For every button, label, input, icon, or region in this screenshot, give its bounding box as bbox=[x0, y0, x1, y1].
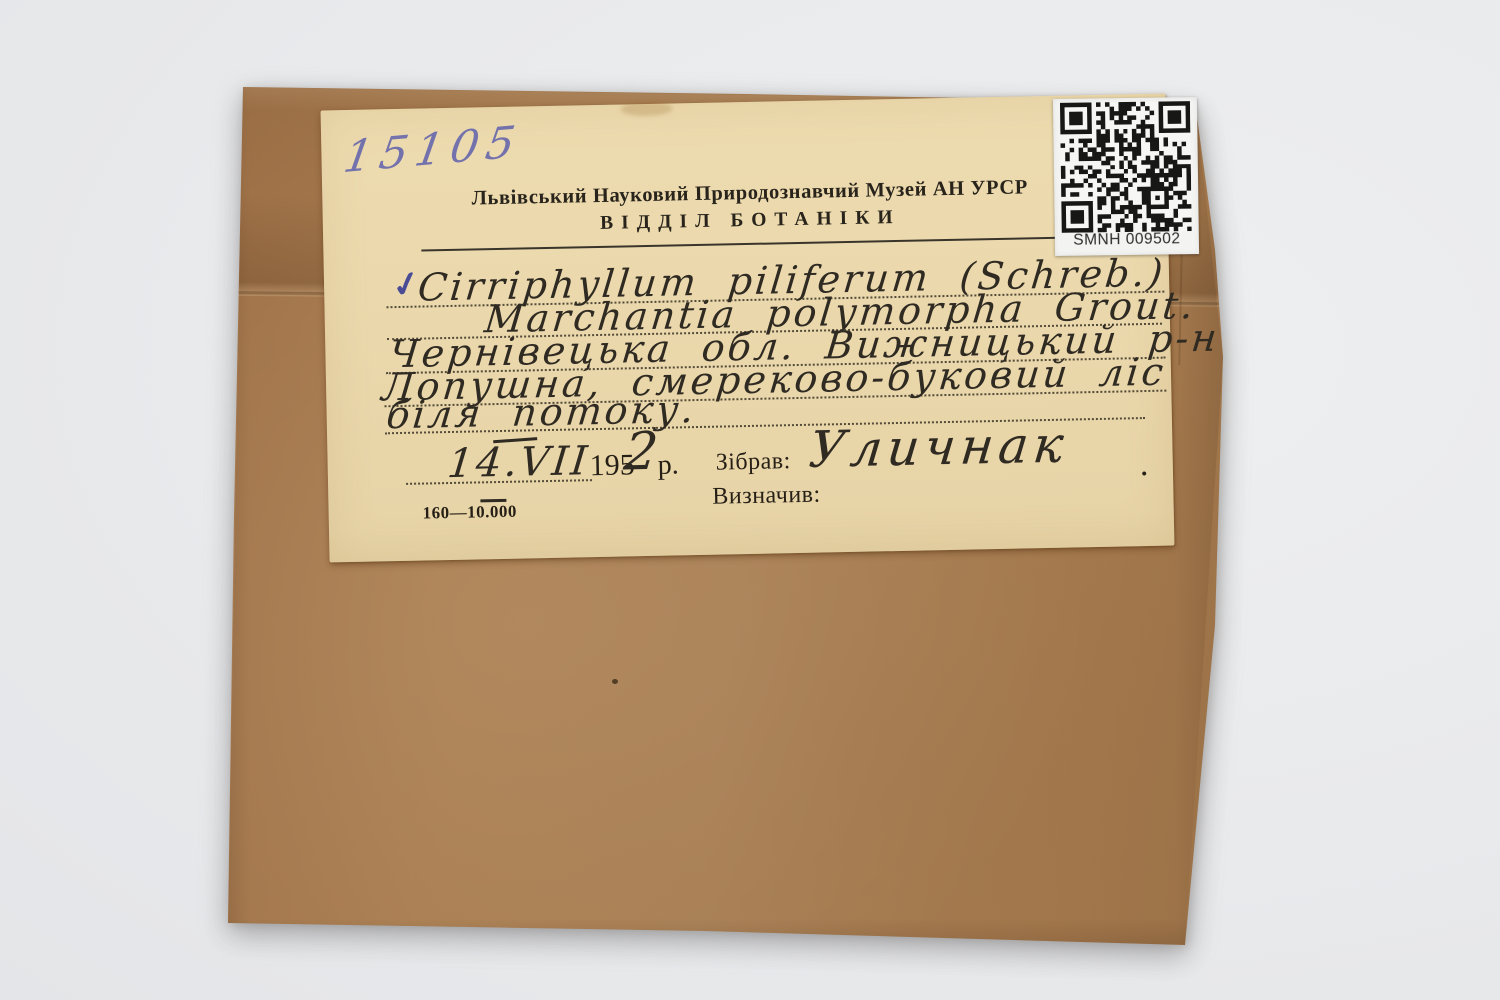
photo-background: 15105 Львівський Науковий Природознавчий… bbox=[0, 0, 1500, 1000]
qr-sticker: SMNH 009502 bbox=[1053, 97, 1199, 256]
date-day-month: 14.VII bbox=[446, 441, 592, 484]
collector-signature: Уличнак bbox=[807, 420, 1071, 475]
label-stain bbox=[620, 101, 672, 116]
accession-number: 15105 bbox=[340, 116, 525, 183]
determined-by-label: Визначив: bbox=[712, 482, 821, 511]
specimen-label: 15105 Львівський Науковий Природознавчий… bbox=[321, 94, 1175, 563]
signature-period: . bbox=[1139, 446, 1148, 484]
collected-by-label: Зібрав: bbox=[715, 448, 791, 477]
header-rule bbox=[421, 236, 1109, 252]
print-run-code: 160—10.000 bbox=[422, 502, 517, 524]
qr-code-icon bbox=[1060, 101, 1192, 233]
qr-code-label: SMNH 009502 bbox=[1055, 230, 1199, 250]
year-suffix: р. bbox=[657, 449, 679, 481]
dirt-speck bbox=[612, 679, 618, 684]
year-handwritten-digit: 2 bbox=[622, 426, 660, 479]
